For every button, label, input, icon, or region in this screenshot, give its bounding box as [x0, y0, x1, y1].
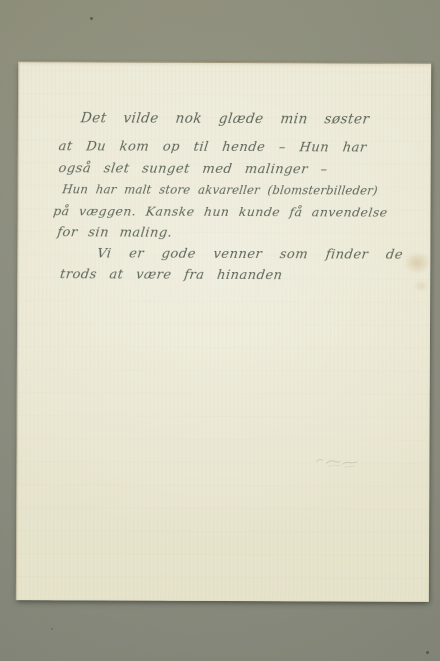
faint-pencil-mark [314, 455, 360, 469]
foxing-stain [399, 248, 435, 278]
foxing-stain [411, 278, 431, 294]
handwriting-line: for sin maling. [56, 226, 173, 239]
handwriting-line: trods at være fra hinanden [59, 268, 283, 282]
handwriting-line: Hun har malt store akvareller (blomsterb… [62, 184, 379, 197]
dust-speck [51, 628, 53, 630]
handwriting-line: Vi er gode venner som finder de [96, 247, 403, 261]
scan-backdrop: Det vilde nok glæde min søster at Du kom… [0, 0, 440, 661]
dust-speck [426, 651, 429, 654]
dust-speck [90, 17, 93, 20]
handwriting-line: på væggen. Kanske hun kunde få anvendels… [52, 205, 388, 219]
letter-page: Det vilde nok glæde min søster at Du kom… [16, 61, 431, 602]
handwriting-line: også slet sunget med malinger – [58, 162, 329, 176]
handwriting-line: at Du kom op til hende – Hun har [58, 140, 368, 154]
handwriting-line: Det vilde nok glæde min søster [80, 112, 370, 127]
